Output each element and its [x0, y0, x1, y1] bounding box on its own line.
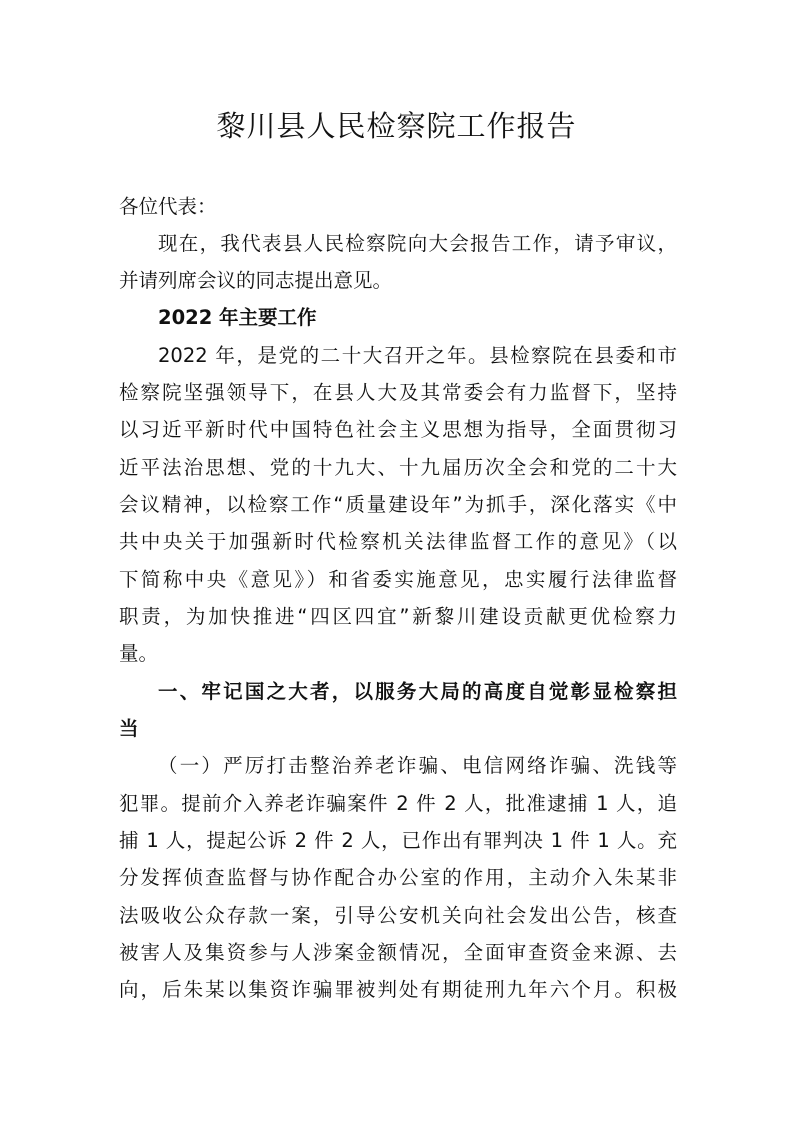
paragraph-line: 法吸收公众存款一案，引导公安机关向社会发出公告，核查	[119, 901, 677, 931]
paragraph-line: 检察院坚强领导下，在县人大及其常委会有力监督下，坚持	[119, 378, 677, 408]
section-heading-2022: 2022 年主要工作	[158, 303, 677, 333]
paragraph-line: 2022 年，是党的二十大召开之年。县检察院在县委和市	[158, 341, 677, 371]
paragraph-line: 分发挥侦查监督与协作配合办公室的作用，主动介入朱某非	[119, 863, 677, 893]
paragraph-line: 犯罪。提前介入养老诈骗案件 2 件 2 人，批准逮捕 1 人，追	[119, 789, 677, 819]
salutation: 各位代表：	[119, 192, 677, 222]
subsection-line: （一）严厉打击整治养老诈骗、电信网络诈骗、洗钱等	[158, 751, 677, 781]
section-heading-1: 一、牢记国之大者，以服务大局的高度自觉彰显检察担	[158, 677, 677, 707]
paragraph-line: 捕 1 人，提起公诉 2 件 2 人，已作出有罪判决 1 件 1 人。充	[119, 826, 677, 856]
paragraph-line: 职责，为加快推进“四区四宜”新黎川建设贡献更优检察力	[119, 602, 677, 632]
intro-line-2: 并请列席会议的同志提出意见。	[119, 266, 677, 296]
paragraph-line: 量。	[119, 639, 677, 669]
section-heading-1-cont: 当	[119, 714, 677, 744]
paragraph-line: 会议精神，以检察工作“质量建设年”为抓手，深化落实《中	[119, 490, 677, 520]
paragraph-line: 下简称中央《意见》）和省委实施意见，忠实履行法律监督	[119, 565, 677, 595]
paragraph-line: 被害人及集资参与人涉案金额情况，全面审查资金来源、去	[119, 938, 677, 968]
paragraph-line: 向，后朱某以集资诈骗罪被判处有期徒刑九年六个月。积极	[119, 975, 677, 1005]
intro-line-1: 现在，我代表县人民检察院向大会报告工作，请予审议，	[158, 229, 677, 259]
paragraph-line: 共中央关于加强新时代检察机关法律监督工作的意见》（以	[119, 527, 677, 557]
document-title: 黎川县人民检察院工作报告	[0, 106, 793, 146]
paragraph-line: 以习近平新时代中国特色社会主义思想为指导，全面贯彻习	[119, 415, 677, 445]
paragraph-line: 近平法治思想、党的十九大、十九届历次全会和党的二十大	[119, 453, 677, 483]
document-page: 黎川县人民检察院工作报告 各位代表： 现在，我代表县人民检察院向大会报告工作，请…	[0, 0, 793, 1122]
